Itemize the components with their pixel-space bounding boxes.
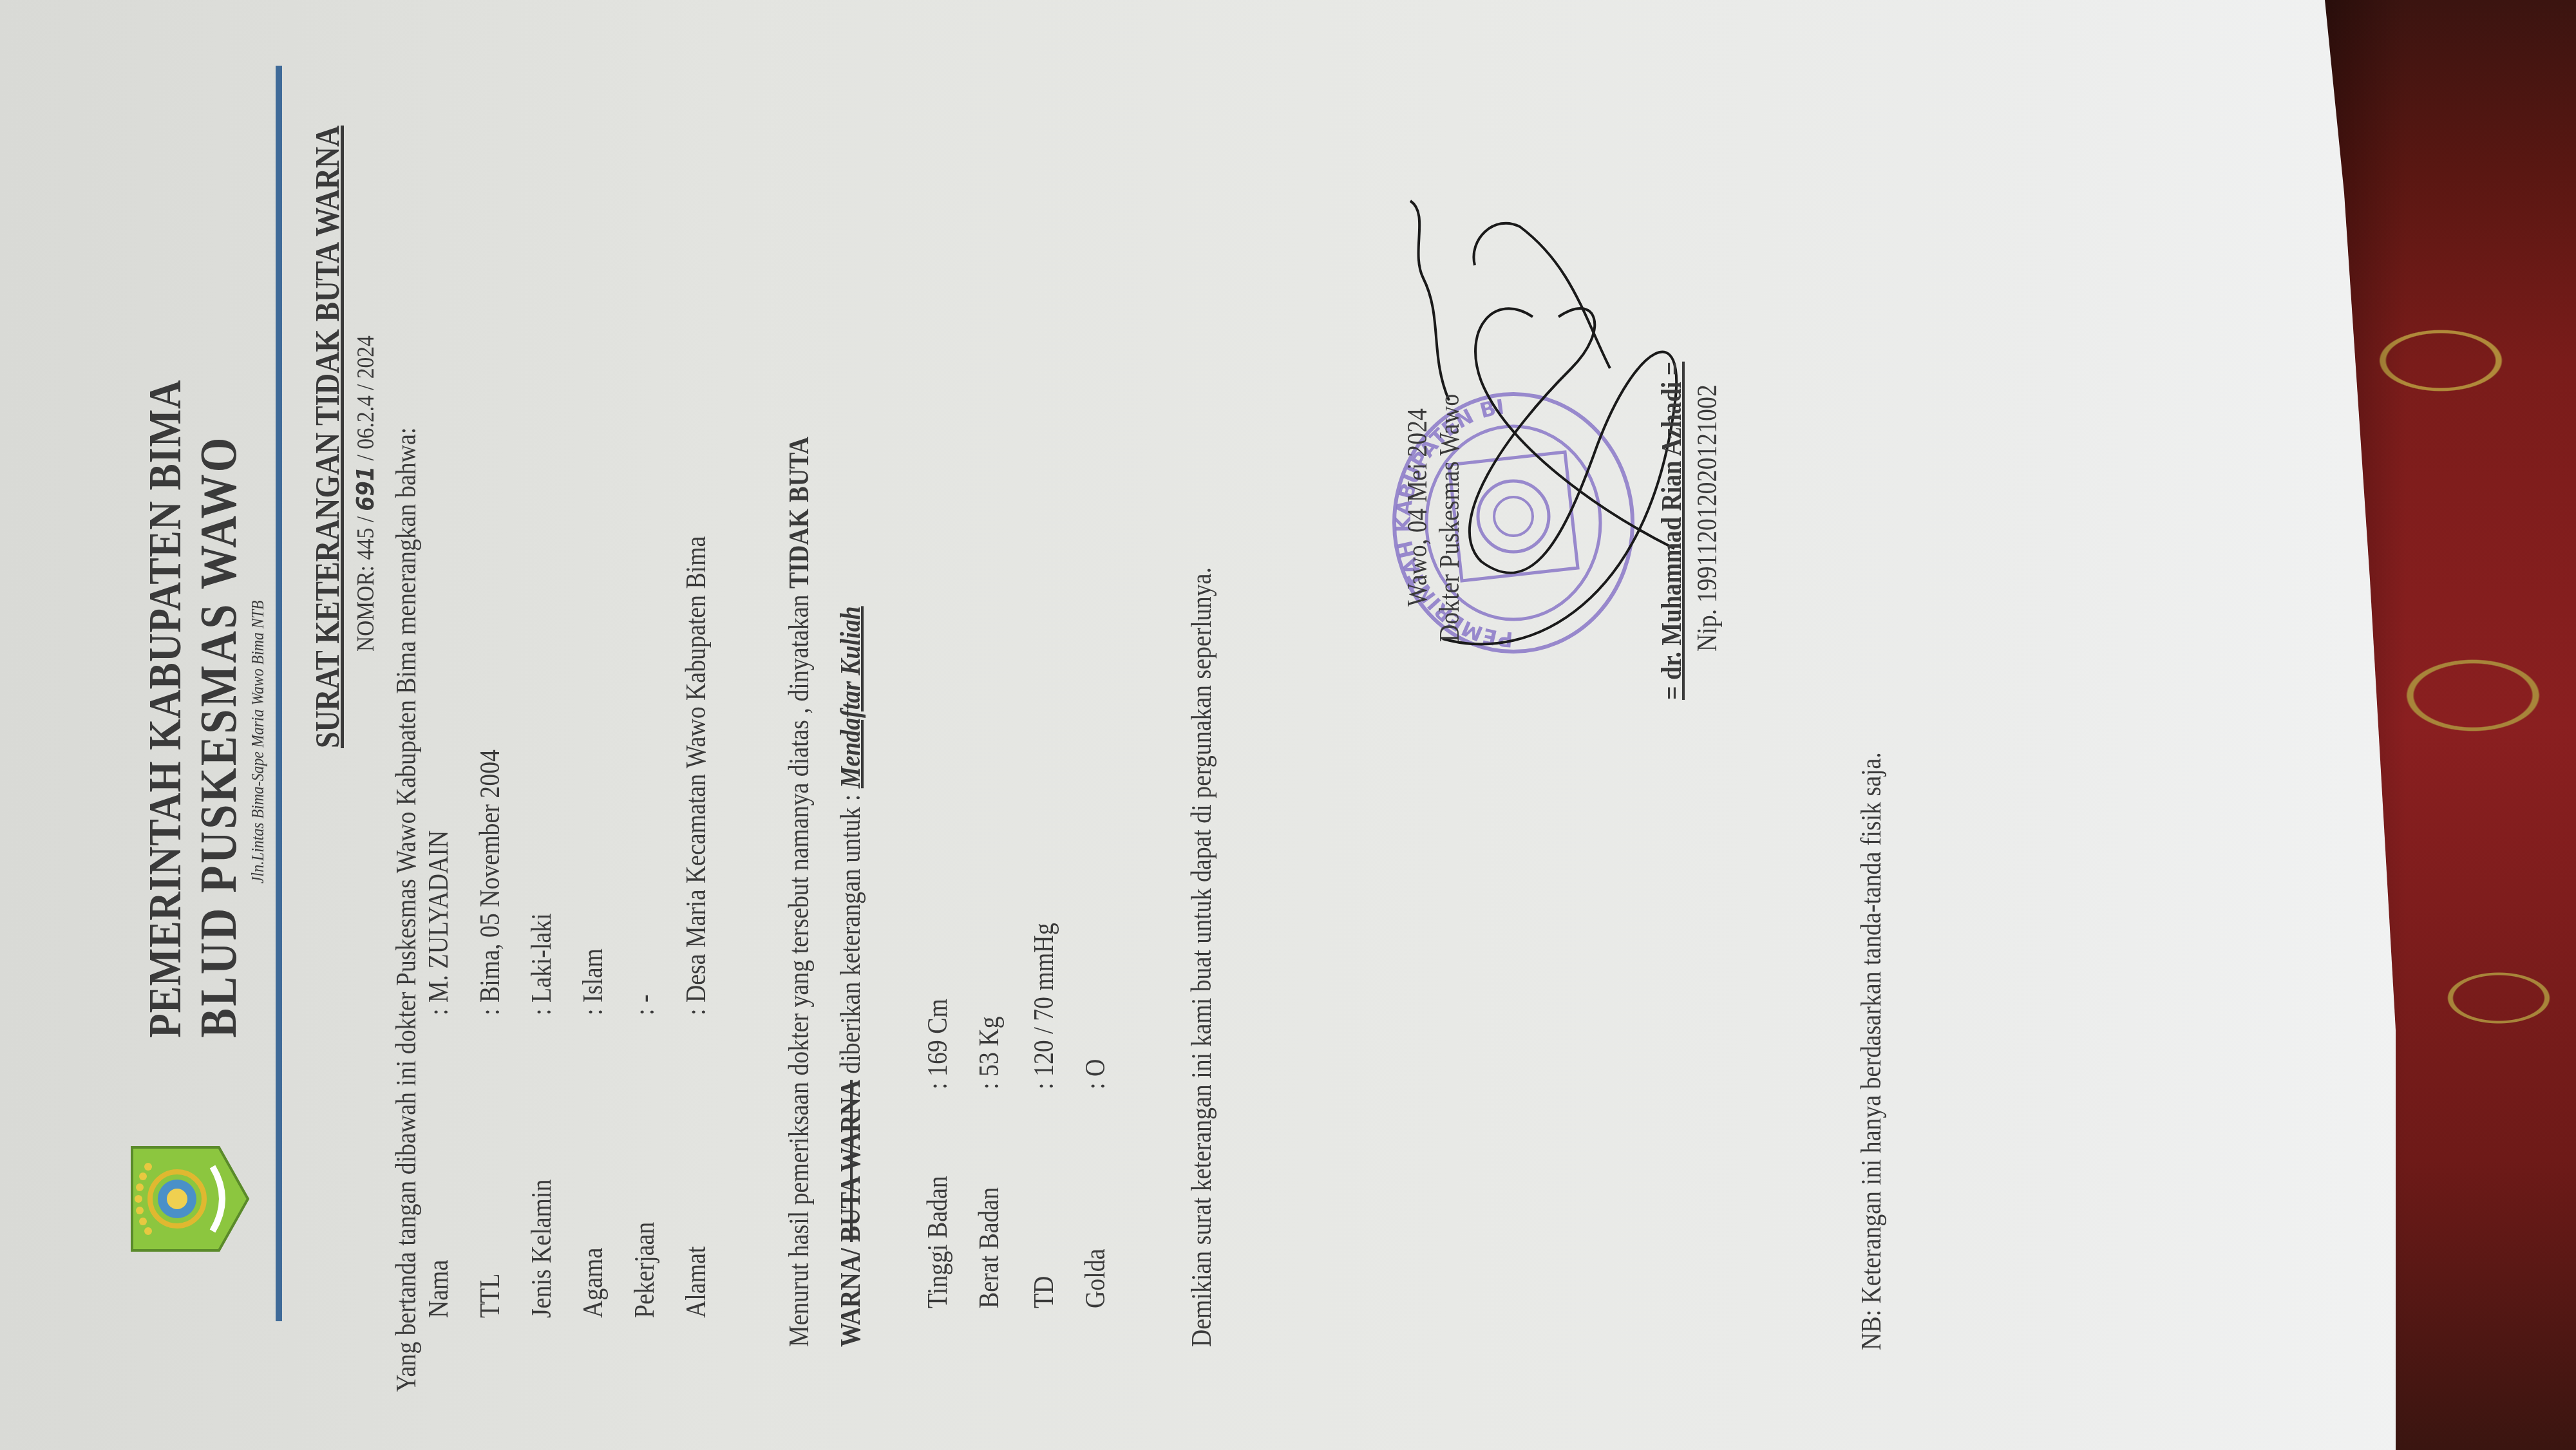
result-line-2: WARNA/ BUTA WARNA diberikan keterangan u… <box>834 606 867 1347</box>
purpose-text: Mendaftar Kuliah <box>835 606 866 788</box>
paper-sheet: PEMERINTAH KABUPATEN BIMA BLUD PUSKESMAS… <box>0 0 2576 1450</box>
result-verdict: TIDAK BUTA <box>783 437 815 588</box>
identity-label: Pekerjaan <box>628 1222 661 1318</box>
exam-value: : 120 / 70 mmHg <box>1027 923 1060 1089</box>
exam-value: : O <box>1079 1059 1112 1089</box>
identity-label: Jenis Kelamin <box>525 1180 558 1318</box>
intro-text: Yang bertanda tangan dibawah ini dokter … <box>390 428 422 1392</box>
letterhead-institution: BLUD PUSKESMAS WAWO <box>190 435 249 1038</box>
letterhead-government: PEMERINTAH KABUPATEN BIMA <box>138 379 192 1038</box>
doctor-nip: Nip. 199112012020121002 <box>1690 384 1723 652</box>
identity-value: : Islam <box>576 948 609 1015</box>
identity-value: : - <box>628 994 661 1015</box>
handwritten-number: 691 <box>351 466 379 511</box>
exam-label: TD <box>1027 1276 1060 1308</box>
document-title: SURAT KETERANGAN TIDAK BUTA WARNA <box>309 126 347 748</box>
struck-out-option: BUTA WARNA <box>835 1080 866 1242</box>
exam-label: Berat Badan <box>972 1187 1005 1308</box>
footnote: NB: Keterangan ini hanya berdasarkan tan… <box>1855 752 1888 1350</box>
document-number: NOMOR: 445 / 691 / 06.2.4 / 2024 <box>351 335 380 652</box>
document-page: PEMERINTAH KABUPATEN BIMA BLUD PUSKESMAS… <box>0 0 2383 1450</box>
doctor-name: = dr. Muhammad Rian Azhadi = <box>1655 362 1688 700</box>
exam-label: Tinggi Badan <box>921 1176 954 1308</box>
signature-place-date: Wawo, 04 Mei 2024 <box>1401 408 1434 607</box>
letterhead-divider <box>276 66 282 1321</box>
identity-label: TTL <box>473 1274 506 1318</box>
bima-regency-emblem-icon <box>129 1141 251 1257</box>
identity-value: : Desa Maria Kecamatan Wawo Kabupaten Bi… <box>679 536 712 1015</box>
exam-value: : 169 Cm <box>921 999 954 1089</box>
identity-value: : M. ZULYADAIN <box>422 831 455 1015</box>
result-line-1: Menurut hasil pemeriksaan dokter yang te… <box>782 437 815 1347</box>
identity-label: Agama <box>576 1248 609 1318</box>
exam-value: : 53 Kg <box>972 1016 1005 1089</box>
identity-label: Alamat <box>679 1247 712 1318</box>
signature-position: Dokter Puskesmas Wawo <box>1433 394 1466 642</box>
exam-label: Golda <box>1079 1249 1112 1308</box>
identity-value: : Laki-laki <box>525 913 558 1015</box>
identity-label: Nama <box>422 1260 455 1318</box>
identity-value: : Bima, 05 November 2004 <box>473 749 506 1015</box>
closing-text: Demikian surat keterangan ini kami buat … <box>1185 567 1218 1347</box>
letterhead-address: Jln.Lintas Bima-Sape Maria Wawo Bima NTB <box>248 601 269 883</box>
